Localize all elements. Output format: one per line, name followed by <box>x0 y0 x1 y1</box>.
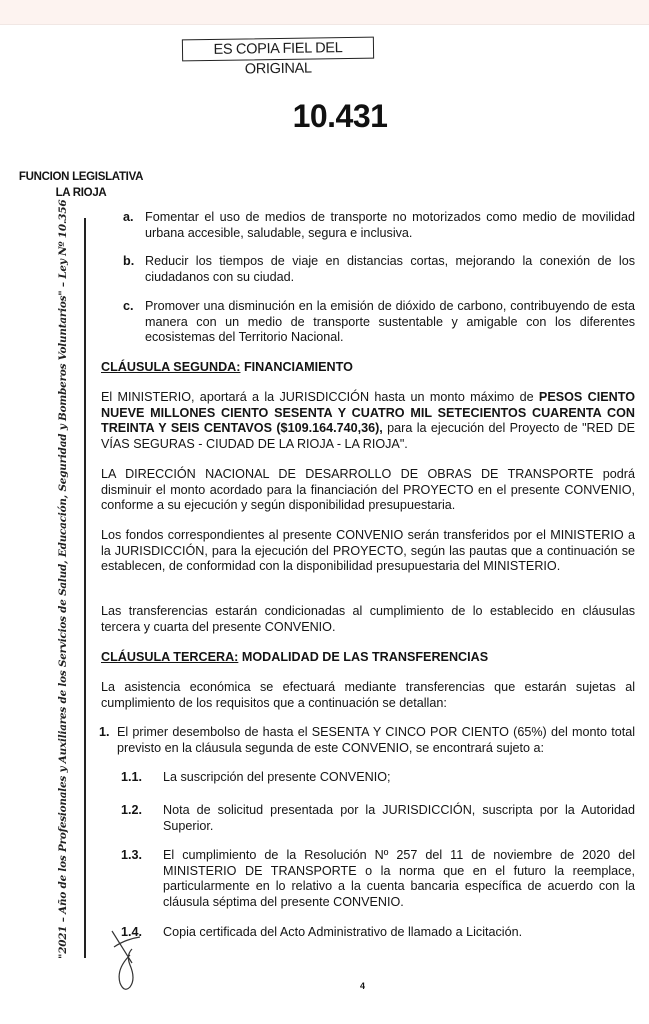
clause-three-heading: CLÁUSULA TERCERA: MODALIDAD DE LAS TRANS… <box>101 650 488 666</box>
subrequirement-marker: 1.2. <box>121 803 142 819</box>
reduction-paragraph: LA DIRECCIÓN NACIONAL DE DESARROLLO DE O… <box>101 467 635 514</box>
objective-marker: a. <box>123 210 134 226</box>
objective-text: Reducir los tiempos de viaje en distanci… <box>145 254 635 285</box>
top-bar <box>0 0 649 25</box>
clause-three-label: CLÁUSULA TERCERA: <box>101 650 238 664</box>
organization-header: FUNCION LEGISLATIVA LA RIOJA <box>8 169 154 201</box>
subrequirement-text: El cumplimiento de la Resolución Nº 257 … <box>163 848 635 910</box>
objective-marker: b. <box>123 254 134 270</box>
transfer-funds-paragraph: Los fondos correspondientes al presente … <box>101 528 635 575</box>
objective-text: Fomentar el uso de medios de transporte … <box>145 210 635 241</box>
certified-copy-stamp: ES COPIA FIEL DEL ORIGINAL <box>182 37 374 62</box>
subrequirement-marker: 1.1. <box>121 770 142 786</box>
clause-two-heading: CLÁUSULA SEGUNDA: FINANCIAMIENTO <box>101 360 353 376</box>
subrequirement-text: Nota de solicitud presentada por la JURI… <box>163 803 635 834</box>
subrequirement-marker: 1.3. <box>121 848 142 864</box>
clause-three-intro: La asistencia económica se efectuará med… <box>101 680 635 711</box>
requirement-text: El primer desembolso de hasta el SESENTA… <box>117 725 635 756</box>
organization-line-1: FUNCION LEGISLATIVA <box>8 169 154 185</box>
clause-two-label: CLÁUSULA SEGUNDA: <box>101 360 240 374</box>
clause-two-title: FINANCIAMIENTO <box>240 360 352 374</box>
law-number: 10.431 <box>250 98 430 135</box>
page-number: 4 <box>360 981 365 991</box>
clause-three-title: MODALIDAD DE LAS TRANSFERENCIAS <box>238 650 488 664</box>
objective-text: Promover una disminución en la emisión d… <box>145 299 635 346</box>
objective-marker: c. <box>123 299 134 315</box>
subrequirement-text: Copia certificada del Acto Administrativ… <box>163 925 635 941</box>
transfer-conditions-paragraph: Las transferencias estarán condicionadas… <box>101 604 635 635</box>
financing-text-pre: El MINISTERIO, aportará a la JURISDICCIÓ… <box>101 390 539 404</box>
margin-divider <box>84 218 86 958</box>
requirement-marker: 1. <box>99 725 110 741</box>
handwritten-signature-icon <box>110 925 150 995</box>
margin-year-motto: "2021 – Año de los Profesionales y Auxil… <box>55 219 71 959</box>
organization-line-2: LA RIOJA <box>8 185 154 201</box>
financing-paragraph: El MINISTERIO, aportará a la JURISDICCIÓ… <box>101 390 635 452</box>
subrequirement-text: La suscripción del presente CONVENIO; <box>163 770 635 786</box>
